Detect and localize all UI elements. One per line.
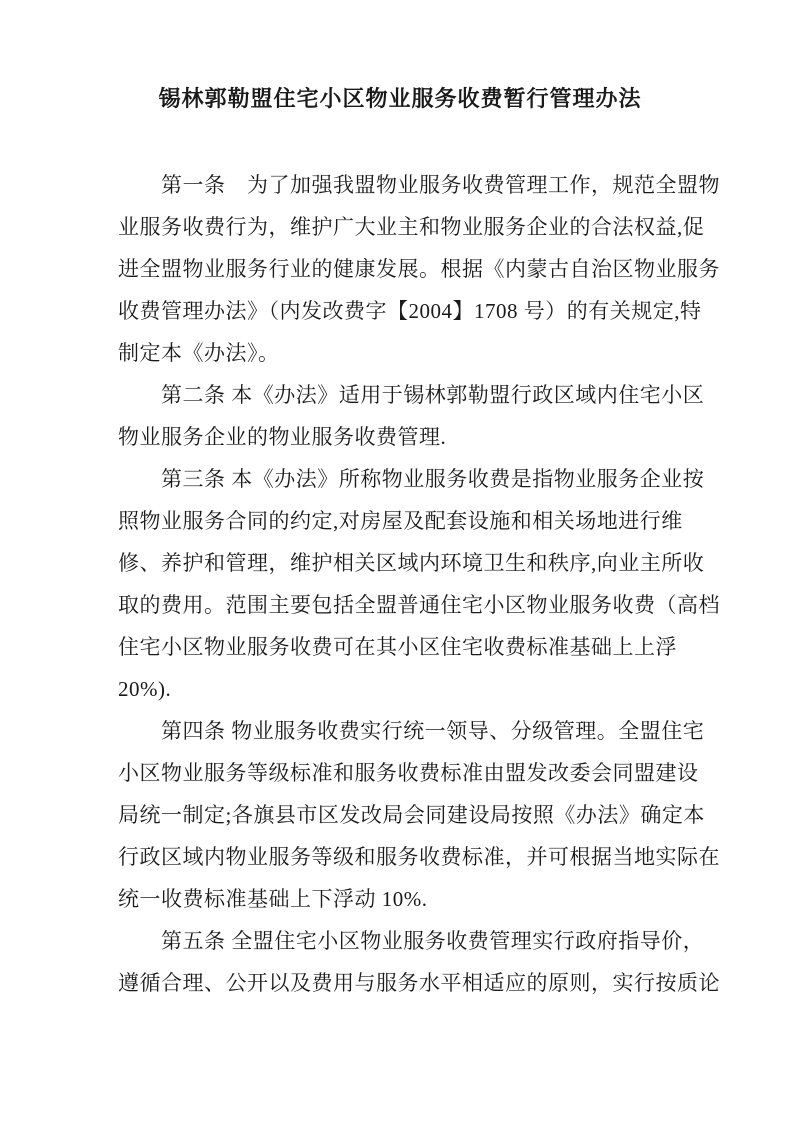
paragraph-1-line: 进全盟物业服务行业的健康发展。根据《内蒙古自治区物业服务	[118, 248, 684, 290]
paragraph-1-line: 制定本《办法》。	[118, 332, 684, 374]
document-body: 第一条 为了加强我盟物业服务收费管理工作，规范全盟物 业服务收费行为，维护广大业…	[118, 164, 684, 1004]
paragraph-4-line: 行政区域内物业服务等级和服务收费标准，并可根据当地实际在	[118, 836, 684, 878]
paragraph-2-line: 物业服务企业的物业服务收费管理.	[118, 416, 684, 458]
paragraph-1-line: 业服务收费行为，维护广大业主和物业服务企业的合法权益,促	[118, 206, 684, 248]
paragraph-4-line: 第四条 物业服务收费实行统一领导、分级管理。全盟住宅	[118, 710, 684, 752]
paragraph-3-line: 照物业服务合同的约定,对房屋及配套设施和相关场地进行维	[118, 500, 684, 542]
paragraph-2-line: 第二条 本《办法》适用于锡林郭勒盟行政区域内住宅小区	[118, 374, 684, 416]
paragraph-3-line: 修、养护和管理，维护相关区域内环境卫生和秩序,向业主所收	[118, 542, 684, 584]
paragraph-5-line: 第五条 全盟住宅小区物业服务收费管理实行政府指导价，	[118, 920, 684, 962]
paragraph-1-line: 第一条 为了加强我盟物业服务收费管理工作，规范全盟物	[118, 164, 684, 206]
paragraph-5-line: 遵循合理、公开以及费用与服务水平相适应的原则，实行按质论	[118, 962, 684, 1004]
paragraph-1-line: 收费管理办法》（内发改费字【2004】1708 号）的有关规定,特	[118, 290, 684, 332]
paragraph-3-line: 第三条 本《办法》所称物业服务收费是指物业服务企业按	[118, 458, 684, 500]
paragraph-4-line: 统一收费标准基础上下浮动 10%.	[118, 878, 684, 920]
paragraph-4-line: 小区物业服务等级标准和服务收费标准由盟发改委会同盟建设	[118, 752, 684, 794]
paragraph-4-line: 局统一制定;各旗县市区发改局会同建设局按照《办法》确定本	[118, 794, 684, 836]
paragraph-3-line: 取的费用。范围主要包括全盟普通住宅小区物业服务收费（高档	[118, 584, 684, 626]
paragraph-3-line: 住宅小区物业服务收费可在其小区住宅收费标准基础上上浮	[118, 626, 684, 668]
document-title: 锡林郭勒盟住宅小区物业服务收费暂行管理办法	[0, 0, 800, 114]
paragraph-3-line: 20%).	[118, 668, 684, 710]
document-page: 锡林郭勒盟住宅小区物业服务收费暂行管理办法 第一条 为了加强我盟物业服务收费管理…	[0, 0, 800, 1132]
